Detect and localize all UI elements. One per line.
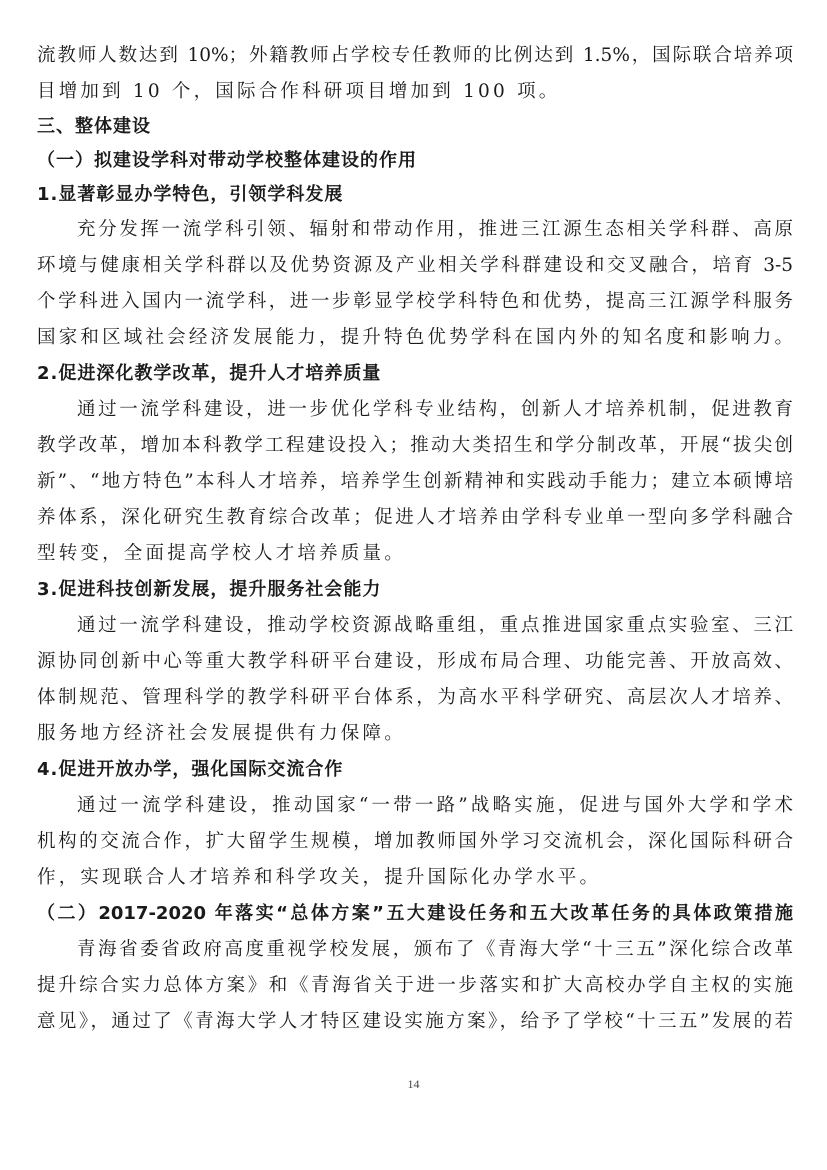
text-line: 服务地方经济社会发展提供有力保障。	[37, 716, 793, 752]
item-heading: 2.促进深化教学改革，提升人才培养质量	[37, 356, 793, 392]
subsection-heading: （二）2017-2020 年落实“总体方案”五大建设任务和五大改革任务的具体政策…	[37, 896, 793, 932]
text-line: 意见》，通过了《青海大学人才特区建设实施方案》，给予了学校“十三五”发展的若	[37, 1004, 793, 1040]
text-line: 教学改革，增加本科教学工程建设投入；推动大类招生和学分制改革，开展“拔尖创	[37, 428, 793, 464]
text-line: 目增加到 10 个，国际合作科研项目增加到 100 项。	[37, 74, 793, 110]
subsection-heading: （一）拟建设学科对带动学校整体建设的作用	[37, 144, 793, 178]
text-line: 个学科进入国内一流学科，进一步彰显学校学科特色和优势，提高三江源学科服务	[37, 284, 793, 320]
text-line: 充分发挥一流学科引领、辐射和带动作用，推进三江源生态相关学科群、高原	[37, 212, 793, 248]
text-line: 环境与健康相关学科群以及优势资源及产业相关学科群建设和交叉融合，培育 3-5	[37, 248, 793, 284]
text-line: 通过一流学科建设，进一步优化学科专业结构，创新人才培养机制，促进教育	[37, 392, 793, 428]
text-line: 流教师人数达到 10%；外籍教师占学校专任教师的比例达到 1.5%，国际联合培养…	[37, 38, 793, 74]
item-heading: 1.显著彰显办学特色，引领学科发展	[37, 178, 793, 212]
document-page: 流教师人数达到 10%；外籍教师占学校专任教师的比例达到 1.5%，国际联合培养…	[37, 38, 793, 1040]
text-line: 型转变，全面提高学校人才培养质量。	[37, 536, 793, 572]
text-line: 体制规范、管理科学的教学科研平台体系，为高水平科学研究、高层次人才培养、	[37, 680, 793, 716]
text-line: 源协同创新中心等重大教学科研平台建设，形成布局合理、功能完善、开放高效、	[37, 644, 793, 680]
text-line: 新”、“地方特色”本科人才培养，培养学生创新精神和实践动手能力；建立本硕博培	[37, 464, 793, 500]
text-line: 机构的交流合作，扩大留学生规模，增加教师国外学习交流机会，深化国际科研合	[37, 824, 793, 860]
text-line: 养体系，深化研究生教育综合改革；促进人才培养由学科专业单一型向多学科融合	[37, 500, 793, 536]
text-line: 作，实现联合人才培养和科学攻关，提升国际化办学水平。	[37, 860, 793, 896]
text-line: 国家和区域社会经济发展能力，提升特色优势学科在国内外的知名度和影响力。	[37, 320, 793, 356]
text-line: 提升综合实力总体方案》和《青海省关于进一步落实和扩大高校办学自主权的实施	[37, 968, 793, 1004]
item-heading: 3.促进科技创新发展，提升服务社会能力	[37, 572, 793, 608]
item-heading: 4.促进开放办学，强化国际交流合作	[37, 752, 793, 788]
text-line: 通过一流学科建设，推动国家“一带一路”战略实施，促进与国外大学和学术	[37, 788, 793, 824]
section-heading: 三、整体建设	[37, 110, 793, 144]
text-line: 通过一流学科建设，推动学校资源战略重组，重点推进国家重点实验室、三江	[37, 608, 793, 644]
text-line: 青海省委省政府高度重视学校发展，颁布了《青海大学“十三五”深化综合改革	[37, 932, 793, 968]
page-number: 14	[0, 1077, 827, 1092]
